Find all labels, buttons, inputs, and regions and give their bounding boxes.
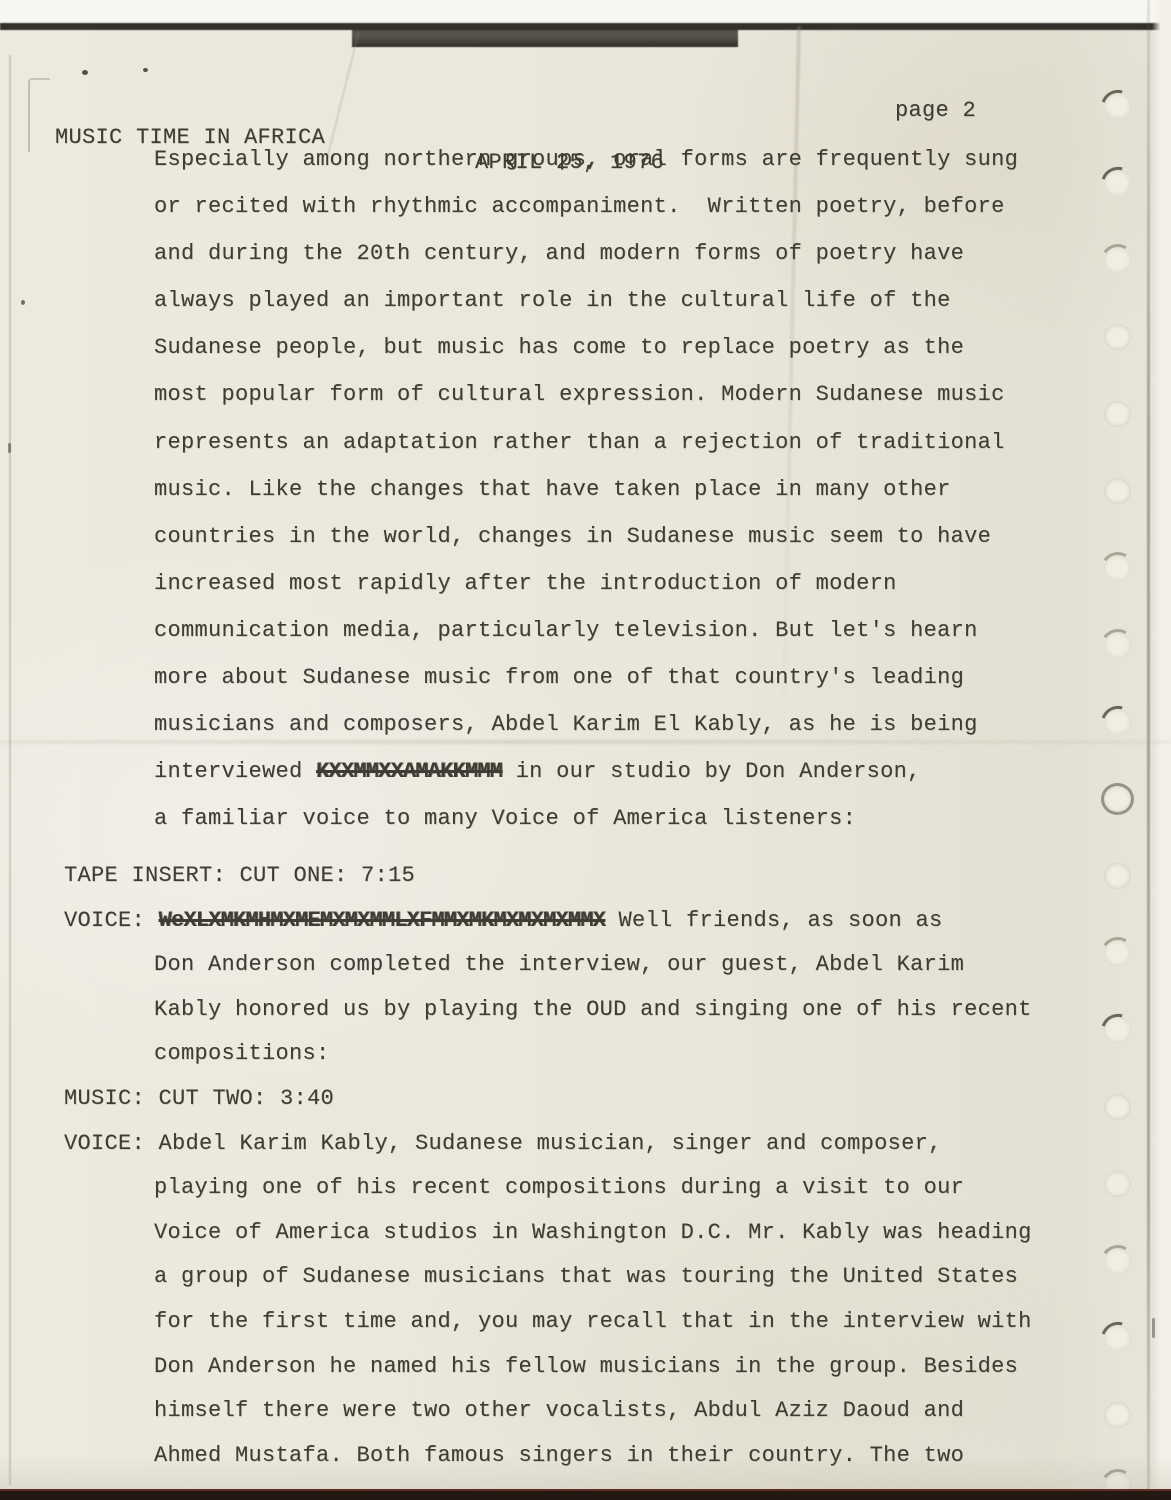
text-line: most popular form of cultural expression… <box>0 371 1171 418</box>
line-text: or recited with rhythmic accompaniment. … <box>154 194 1005 219</box>
cue-line-music: MUSIC: CUT TWO: 3:40 <box>0 1077 1171 1122</box>
scan-artifact-bar <box>0 23 1171 30</box>
line-text: himself there were two other vocalists, … <box>154 1398 964 1423</box>
scan-artifact-bar-bottom <box>0 1489 1171 1500</box>
text-line: a group of Sudanese musicians that was t… <box>0 1255 1171 1300</box>
line-text: Kably honored us by playing the OUD and … <box>154 997 1032 1022</box>
scan-edge-top <box>0 0 1171 24</box>
line-text: musicians and composers, Abdel Karim El … <box>154 712 978 737</box>
scanned-document-page: MUSIC TIME IN AFRICA APRIL 25, 1976 page… <box>0 0 1171 1500</box>
voice-line: VOICE: Abdel Karim Kably, Sudanese music… <box>0 1122 1171 1167</box>
doc-page-number: page 2 <box>895 98 976 123</box>
line-text: most popular form of cultural expression… <box>154 382 1005 407</box>
line-text: TAPE INSERT: CUT ONE: 7:15 <box>64 863 415 888</box>
scan-shadow-bottom <box>0 1455 1171 1489</box>
text-line: Don Anderson completed the interview, ou… <box>0 943 1171 988</box>
text-line: himself there were two other vocalists, … <box>0 1389 1171 1434</box>
text-line: interviewed KXXMMXXAMAKKMMM in our studi… <box>0 748 1171 795</box>
line-text: VOICE: Abdel Karim Kably, Sudanese music… <box>64 1131 942 1156</box>
line-text: Don Anderson he named his fellow musicia… <box>154 1354 1018 1379</box>
script-body-lower: TAPE INSERT: CUT ONE: 7:15 VOICE: WeXLXM… <box>0 854 1171 1478</box>
line-text: Especially among northern groups, oral f… <box>154 147 1018 172</box>
line-text: Sudanese people, but music has come to r… <box>154 335 964 360</box>
strikethrough-text: KXXMMXXAMAKKMMM <box>316 759 502 784</box>
line-text: increased most rapidly after the introdu… <box>154 571 897 596</box>
line-text: countries in the world, changes in Sudan… <box>154 524 991 549</box>
line-text: communication media, particularly televi… <box>154 618 978 643</box>
line-text: Voice of America studios in Washington D… <box>154 1220 1032 1245</box>
text-line: Voice of America studios in Washington D… <box>0 1211 1171 1256</box>
text-line: represents an adaptation rather than a r… <box>0 419 1171 466</box>
strikethrough-text: WeXLXMKMHMXMEMXMXMMLXFMMXMKMXMXMXMMX <box>159 908 605 933</box>
line-text: Well friends, as soon as <box>605 908 943 933</box>
text-line: musicians and composers, Abdel Karim El … <box>0 701 1171 748</box>
text-line: or recited with rhythmic accompaniment. … <box>0 183 1171 230</box>
line-text: compositions: <box>154 1041 330 1066</box>
text-line: Don Anderson he named his fellow musicia… <box>0 1345 1171 1390</box>
text-line: always played an important role in the c… <box>0 277 1171 324</box>
document-header: MUSIC TIME IN AFRICA APRIL 25, 1976 page… <box>0 100 1171 132</box>
ink-speck <box>82 70 88 75</box>
script-body-upper: Especially among northern groups, oral f… <box>0 136 1171 842</box>
text-line: Sudanese people, but music has come to r… <box>0 324 1171 371</box>
line-text: for the first time and, you may recall t… <box>154 1309 1032 1334</box>
line-text: playing one of his recent compositions d… <box>154 1175 964 1200</box>
line-text: more about Sudanese music from one of th… <box>154 665 964 690</box>
line-text: in our studio by Don Anderson, <box>502 759 921 784</box>
line-text: MUSIC: CUT TWO: 3:40 <box>64 1086 334 1111</box>
line-text: a familiar voice to many Voice of Americ… <box>154 806 856 831</box>
line-text: represents an adaptation rather than a r… <box>154 430 1005 455</box>
line-text: Don Anderson completed the interview, ou… <box>154 952 964 977</box>
text-line: playing one of his recent compositions d… <box>0 1166 1171 1211</box>
text-line: for the first time and, you may recall t… <box>0 1300 1171 1345</box>
text-line: Especially among northern groups, oral f… <box>0 136 1171 183</box>
text-line: communication media, particularly televi… <box>0 607 1171 654</box>
text-line: more about Sudanese music from one of th… <box>0 654 1171 701</box>
line-text: and during the 20th century, and modern … <box>154 241 964 266</box>
text-line: music. Like the changes that have taken … <box>0 466 1171 513</box>
text-line: countries in the world, changes in Sudan… <box>0 513 1171 560</box>
text-line: compositions: <box>0 1032 1171 1077</box>
line-text: VOICE: <box>64 908 159 933</box>
line-text: always played an important role in the c… <box>154 288 951 313</box>
voice-line: VOICE: WeXLXMKMHMXMEMXMXMMLXFMMXMKMXMXMX… <box>0 899 1171 944</box>
text-line: increased most rapidly after the introdu… <box>0 560 1171 607</box>
line-text: music. Like the changes that have taken … <box>154 477 951 502</box>
text-line: and during the 20th century, and modern … <box>0 230 1171 277</box>
line-text: interviewed <box>154 759 316 784</box>
text-line: a familiar voice to many Voice of Americ… <box>0 795 1171 842</box>
line-text: a group of Sudanese musicians that was t… <box>154 1264 1018 1289</box>
cue-line-tape-insert: TAPE INSERT: CUT ONE: 7:15 <box>0 854 1171 899</box>
text-line: Kably honored us by playing the OUD and … <box>0 988 1171 1033</box>
ink-speck <box>143 68 148 72</box>
